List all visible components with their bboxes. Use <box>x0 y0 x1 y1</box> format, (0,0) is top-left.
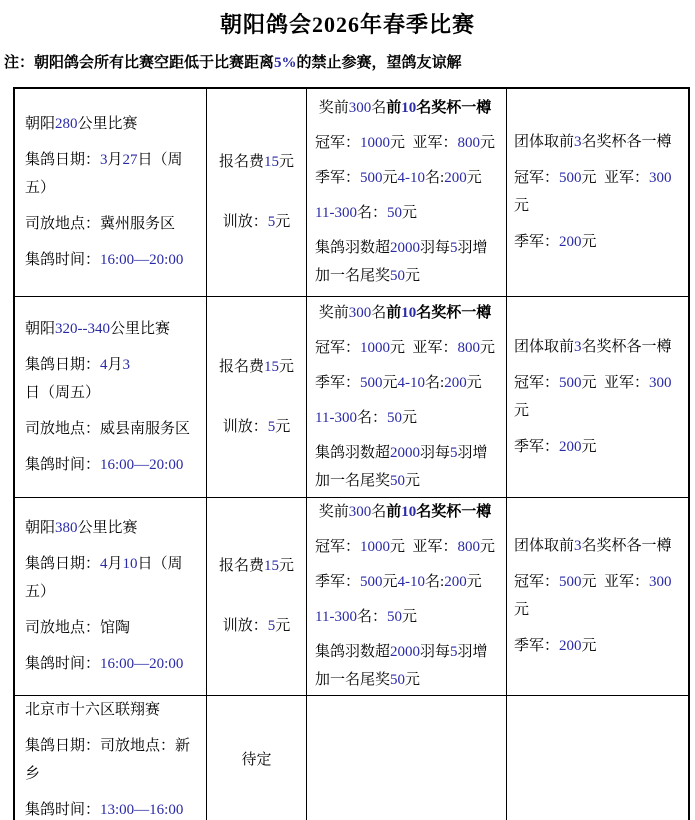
prize-line: 11-300名：50元 <box>315 404 502 432</box>
release-location: 司放地点：馆陶 <box>25 614 200 642</box>
prize-title-bold: 前10名奖杯一樽 <box>386 100 491 116</box>
release-location: 司放地点：威县南服务区 <box>25 415 200 443</box>
team-line: 团体取前3名奖杯各一樽 <box>514 333 686 361</box>
collection-date-location: 集鸽日期：司放地点：新乡 <box>25 732 200 788</box>
fee-cell: 报名费15元 训放：5元 <box>207 296 307 497</box>
prize-line: 季军：500元4-10名:200元 <box>315 369 502 397</box>
prize-title-prefix: 奖前300名 <box>315 100 386 116</box>
training-fee: 训放：5元 <box>209 612 304 640</box>
prize-title: 奖前300名前10名奖杯一樽 <box>315 94 502 122</box>
collection-time: 集鸽时间：16:00—20:00 <box>25 451 200 479</box>
fee-cell: 报名费15元 训放：5元 <box>207 88 307 296</box>
release-location: 司放地点：冀州服务区 <box>25 210 200 238</box>
team-prize-cell-empty <box>507 695 690 820</box>
prize-line: 11-300名：50元 <box>315 199 502 227</box>
prize-line: 冠军：1000元 亚军：800元 <box>315 129 502 157</box>
team-line: 团体取前3名奖杯各一樽 <box>514 532 686 560</box>
team-line: 季军：200元 <box>514 632 686 660</box>
collection-date: 集鸽日期：4月10日（周五） <box>25 550 200 606</box>
race-row: 朝阳320--340公里比赛 集鸽日期：4月3日（周五） 司放地点：威县南服务区… <box>14 296 689 497</box>
prize-cell: 奖前300名前10名奖杯一樽 冠军：1000元 亚军：800元 季军：500元4… <box>307 88 507 296</box>
race-name: 北京市十六区联翔赛 <box>25 696 200 724</box>
collection-date: 集鸽日期：4月3日（周五） <box>25 351 200 407</box>
prize-line: 季军：500元4-10名:200元 <box>315 568 502 596</box>
collection-time: 集鸽时间：13:00—16:00 <box>25 796 200 820</box>
prize-title: 奖前300名前10名奖杯一樽 <box>315 299 502 327</box>
prize-line: 冠军：1000元 亚军：800元 <box>315 334 502 362</box>
prize-line: 冠军：1000元 亚军：800元 <box>315 533 502 561</box>
team-line: 季军：200元 <box>514 228 686 256</box>
team-line: 冠军：500元 亚军：300元 <box>514 568 686 624</box>
race-info-cell: 北京市十六区联翔赛 集鸽日期：司放地点：新乡 集鸽时间：13:00—16:00 <box>14 695 207 820</box>
prize-line: 集鸽羽数超2000羽每5羽增加一名尾奖50元 <box>315 638 502 694</box>
race-row: 朝阳280公里比赛 集鸽日期：3月27日（周五） 司放地点：冀州服务区 集鸽时间… <box>14 88 689 296</box>
race-info-cell: 朝阳320--340公里比赛 集鸽日期：4月3日（周五） 司放地点：威县南服务区… <box>14 296 207 497</box>
fee-cell: 报名费15元 训放：5元 <box>207 497 307 695</box>
fee-cell: 待定 <box>207 695 307 820</box>
race-name: 朝阳280公里比赛 <box>25 110 200 138</box>
prize-title: 奖前300名前10名奖杯一樽 <box>315 498 502 526</box>
race-info-cell: 朝阳280公里比赛 集鸽日期：3月27日（周五） 司放地点：冀州服务区 集鸽时间… <box>14 88 207 296</box>
schedule-table: 朝阳280公里比赛 集鸽日期：3月27日（周五） 司放地点：冀州服务区 集鸽时间… <box>13 87 690 820</box>
entry-fee: 报名费15元 <box>209 552 304 580</box>
race-row: 北京市十六区联翔赛 集鸽日期：司放地点：新乡 集鸽时间：13:00—16:00 … <box>14 695 689 820</box>
prize-line: 集鸽羽数超2000羽每5羽增加一名尾奖50元 <box>315 234 502 290</box>
page-title: 朝阳鸽会2026年春季比赛 <box>0 8 695 39</box>
race-name: 朝阳380公里比赛 <box>25 514 200 542</box>
team-prize-cell: 团体取前3名奖杯各一樽 冠军：500元 亚军：300元 季军：200元 <box>507 497 690 695</box>
entry-fee: 报名费15元 <box>209 353 304 381</box>
prize-cell: 奖前300名前10名奖杯一樽 冠军：1000元 亚军：800元 季军：500元4… <box>307 497 507 695</box>
prize-line: 季军：500元4-10名:200元 <box>315 164 502 192</box>
team-prize-cell: 团体取前3名奖杯各一樽 冠军：500元 亚军：300元 季军：200元 <box>507 88 690 296</box>
collection-time: 集鸽时间：16:00—20:00 <box>25 650 200 678</box>
collection-date: 集鸽日期：3月27日（周五） <box>25 146 200 202</box>
tbd-text: 待定 <box>209 746 304 774</box>
collection-time: 集鸽时间：16:00—20:00 <box>25 246 200 274</box>
race-info-cell: 朝阳380公里比赛 集鸽日期：4月10日（周五） 司放地点：馆陶 集鸽时间：16… <box>14 497 207 695</box>
race-name: 朝阳320--340公里比赛 <box>25 315 200 343</box>
team-prize-cell: 团体取前3名奖杯各一樽 冠军：500元 亚军：300元 季军：200元 <box>507 296 690 497</box>
entry-fee: 报名费15元 <box>209 148 304 176</box>
note-text: 注：朝阳鸽会所有比赛空距低于比赛距离5%的禁止参赛，望鸽友谅解 <box>4 51 691 72</box>
team-line: 团体取前3名奖杯各一樽 <box>514 128 686 156</box>
prize-line: 11-300名：50元 <box>315 603 502 631</box>
team-line: 冠军：500元 亚军：300元 <box>514 164 686 220</box>
document-page: 朝阳鸽会2026年春季比赛 注：朝阳鸽会所有比赛空距低于比赛距离5%的禁止参赛，… <box>0 0 695 820</box>
prize-title-bold: 前10名奖杯一樽 <box>386 305 491 321</box>
team-line: 季军：200元 <box>514 433 686 461</box>
prize-title-prefix: 奖前300名 <box>315 504 386 520</box>
training-fee: 训放：5元 <box>209 208 304 236</box>
prize-title-prefix: 奖前300名 <box>315 305 386 321</box>
team-line: 冠军：500元 亚军：300元 <box>514 369 686 425</box>
prize-line: 集鸽羽数超2000羽每5羽增加一名尾奖50元 <box>315 439 502 495</box>
prize-cell: 奖前300名前10名奖杯一樽 冠军：1000元 亚军：800元 季军：500元4… <box>307 296 507 497</box>
race-row: 朝阳380公里比赛 集鸽日期：4月10日（周五） 司放地点：馆陶 集鸽时间：16… <box>14 497 689 695</box>
prize-title-bold: 前10名奖杯一樽 <box>386 504 491 520</box>
training-fee: 训放：5元 <box>209 413 304 441</box>
prize-cell-empty <box>307 695 507 820</box>
